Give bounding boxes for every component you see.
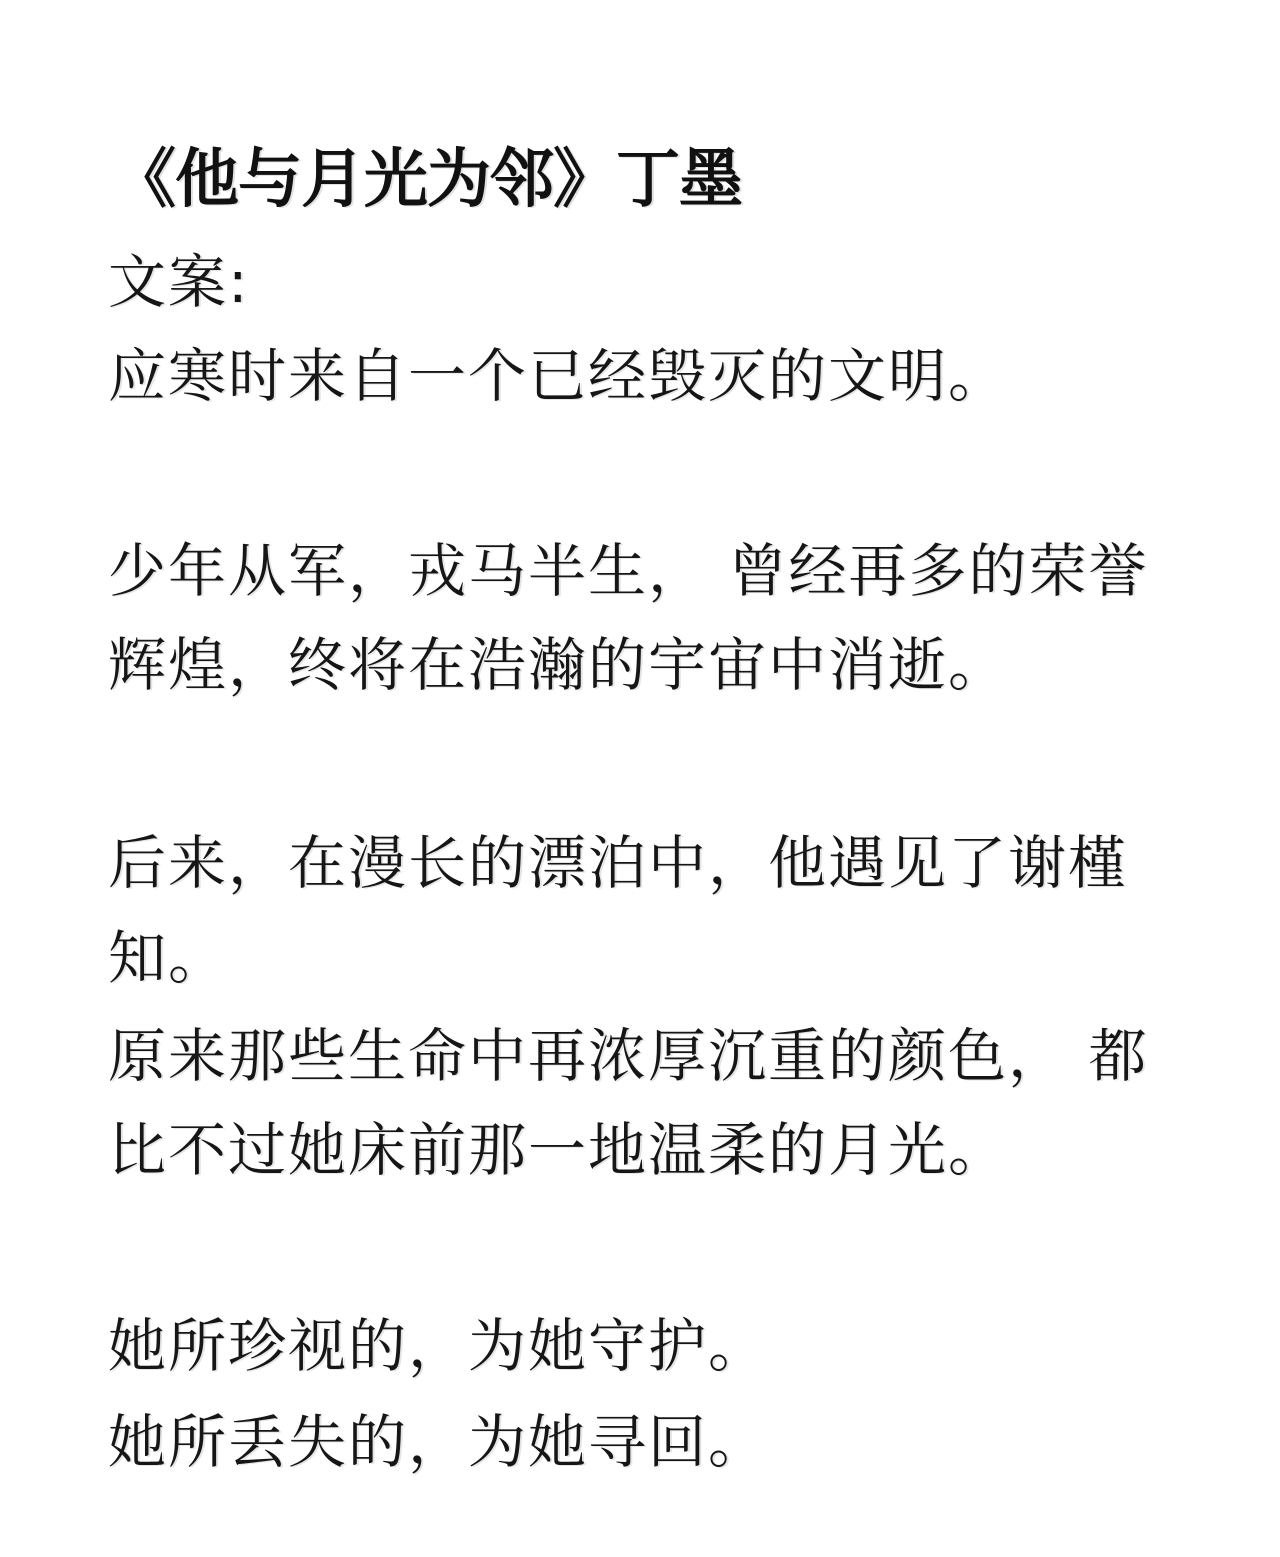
- paragraph-line-1: 应寒时来自一个已经毁灭的文明。: [108, 336, 1008, 416]
- book-title: 《他与月光为邻》丁墨: [112, 140, 742, 220]
- section-label: 文案:: [108, 242, 250, 322]
- paragraph-line-4: 后来，在漫长的漂泊中，他遇见了谢槿: [108, 823, 1128, 903]
- document-page: 《他与月光为邻》丁墨 文案: 应寒时来自一个已经毁灭的文明。 少年从军，戎马半生…: [0, 0, 1280, 1557]
- paragraph-line-2: 少年从军，戎马半生， 曾经再多的荣誉: [108, 531, 1148, 611]
- paragraph-line-6: 原来那些生命中再浓厚沉重的颜色， 都: [108, 1016, 1148, 1096]
- paragraph-line-7: 比不过她床前那一地温柔的月光。: [108, 1110, 1008, 1190]
- paragraph-line-8: 她所珍视的，为她守护。: [108, 1306, 768, 1386]
- paragraph-line-5: 知。: [108, 918, 228, 998]
- paragraph-line-3: 辉煌，终将在浩瀚的宇宙中消逝。: [108, 625, 1008, 705]
- paragraph-line-9: 她所丢失的，为她寻回。: [108, 1402, 768, 1482]
